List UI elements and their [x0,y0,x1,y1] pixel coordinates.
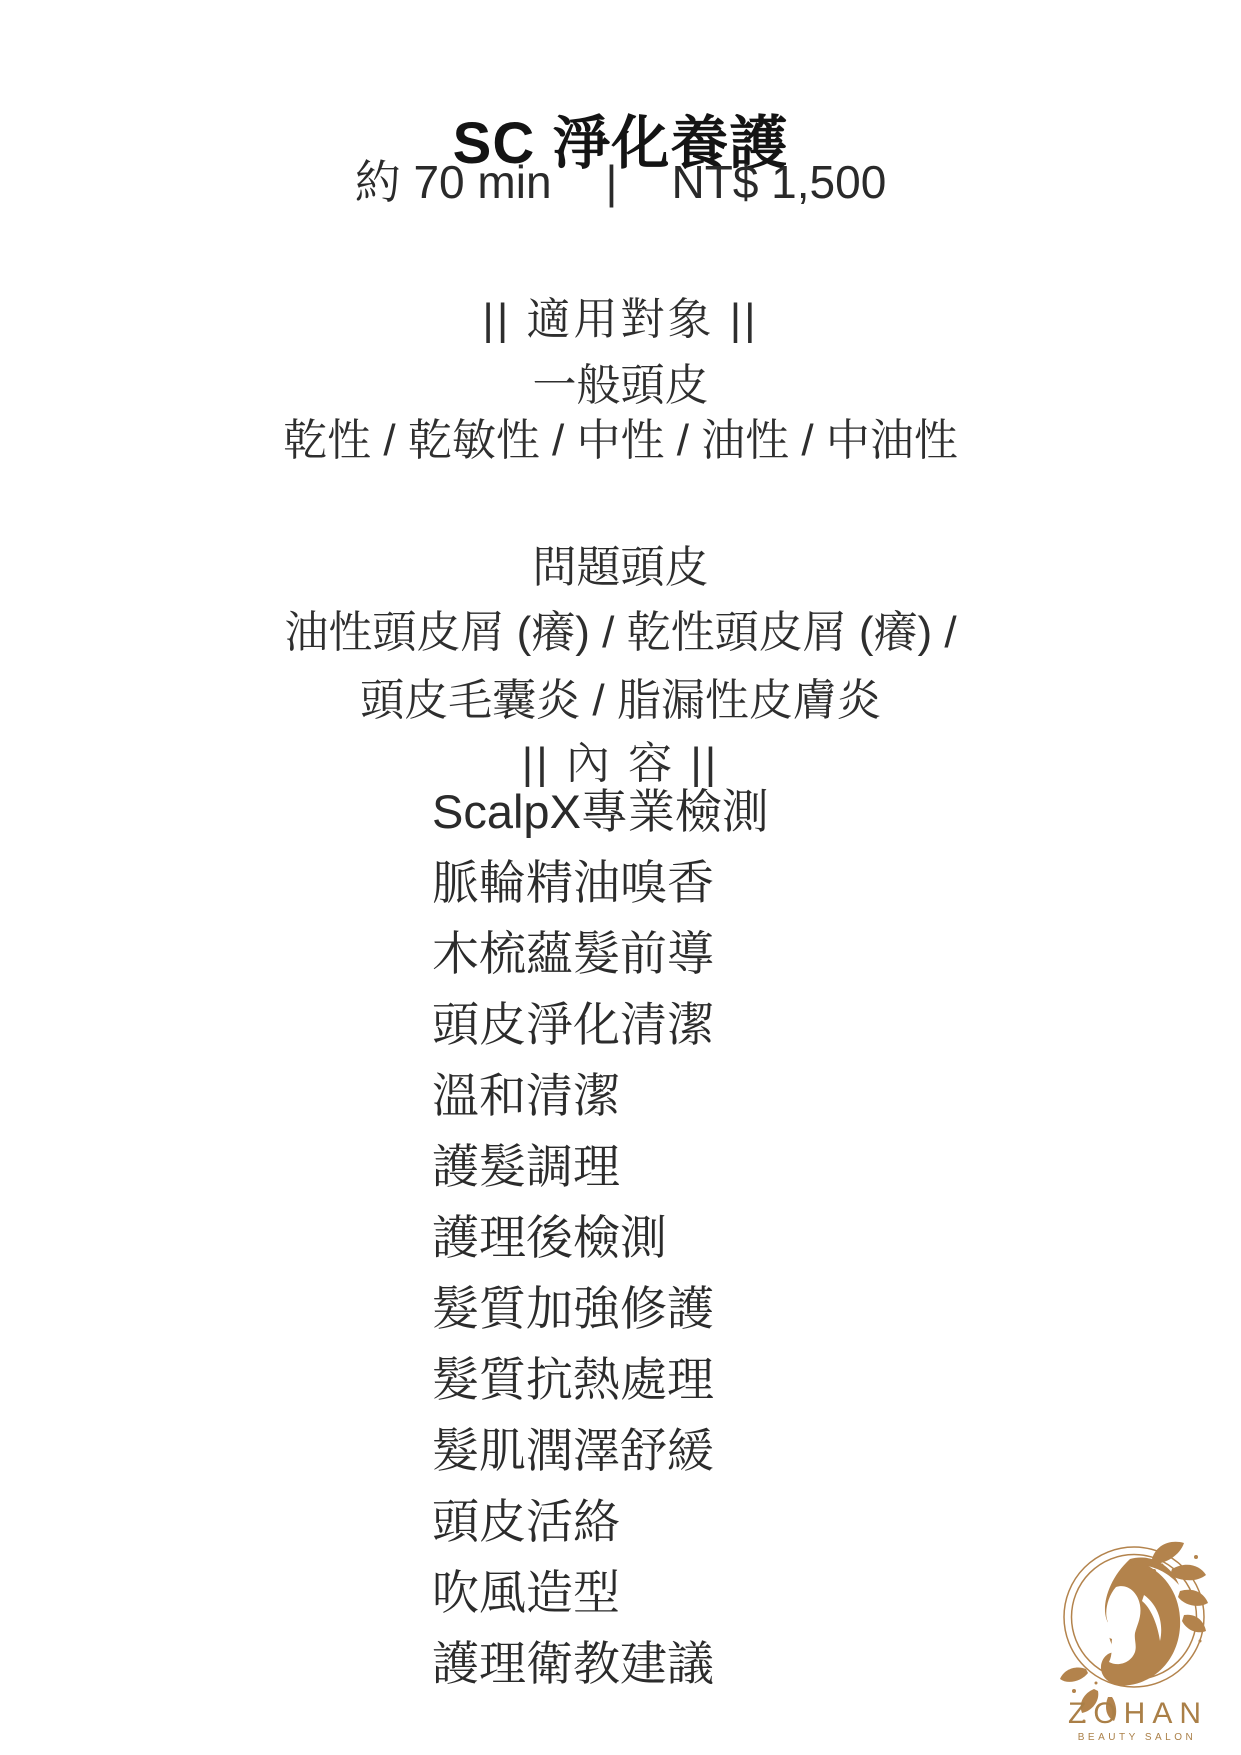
problem-scalp-line1: 油性頭皮屑 (癢) / 乾性頭皮屑 (癢) / [0,596,1241,660]
treatment-step-item: 髮質抗熱處理 [432,1344,769,1415]
treatment-step-item: 髮肌潤澤舒緩 [432,1415,769,1486]
treatment-step-item: ScalpX專業檢測 [432,776,769,847]
zohan-logo: ZOHAN BEAUTY SALON [1048,1537,1212,1749]
logo-wordmark: ZOHAN [1068,1697,1208,1730]
normal-scalp-types: 乾性 / 乾敏性 / 中性 / 油性 / 中油性 [0,404,1241,468]
duration-price-row: 約 70 min|NT$ 1,500 [0,146,1241,212]
problem-scalp-label: 問題頭皮 [0,531,1241,595]
service-price: NT$ 1,500 [672,156,887,208]
treatment-step-item: 吹風造型 [432,1557,769,1628]
treatment-step-item: 脈輪精油嗅香 [432,847,769,918]
problem-scalp-line2: 頭皮毛囊炎 / 脂漏性皮膚炎 [0,664,1241,728]
treatment-step-item: 木梳蘊髮前導 [432,918,769,989]
applicable-targets-heading: || 適用對象 || [0,283,1241,347]
vertical-divider: | [606,156,618,208]
treatment-step-item: 髮質加強修護 [432,1273,769,1344]
treatment-step-item: 頭皮活絡 [432,1486,769,1557]
service-duration: 約 70 min [355,156,552,208]
treatment-steps-list: ScalpX專業檢測 脈輪精油嗅香 木梳蘊髮前導 頭皮淨化清潔 溫和清潔 護髮調… [432,776,769,1699]
logo-tagline: BEAUTY SALON [1078,1732,1197,1743]
treatment-step-item: 溫和清潔 [432,1060,769,1131]
treatment-step-item: 頭皮淨化清潔 [432,989,769,1060]
treatment-step-item: 護理後檢測 [432,1202,769,1273]
treatment-step-item: 護理衛教建議 [432,1628,769,1699]
woman-face-icon [1101,1557,1180,1685]
service-menu-page: SC 淨化養護 約 70 min|NT$ 1,500 || 適用對象 || 一般… [0,0,1241,1755]
treatment-step-item: 護髮調理 [432,1131,769,1202]
